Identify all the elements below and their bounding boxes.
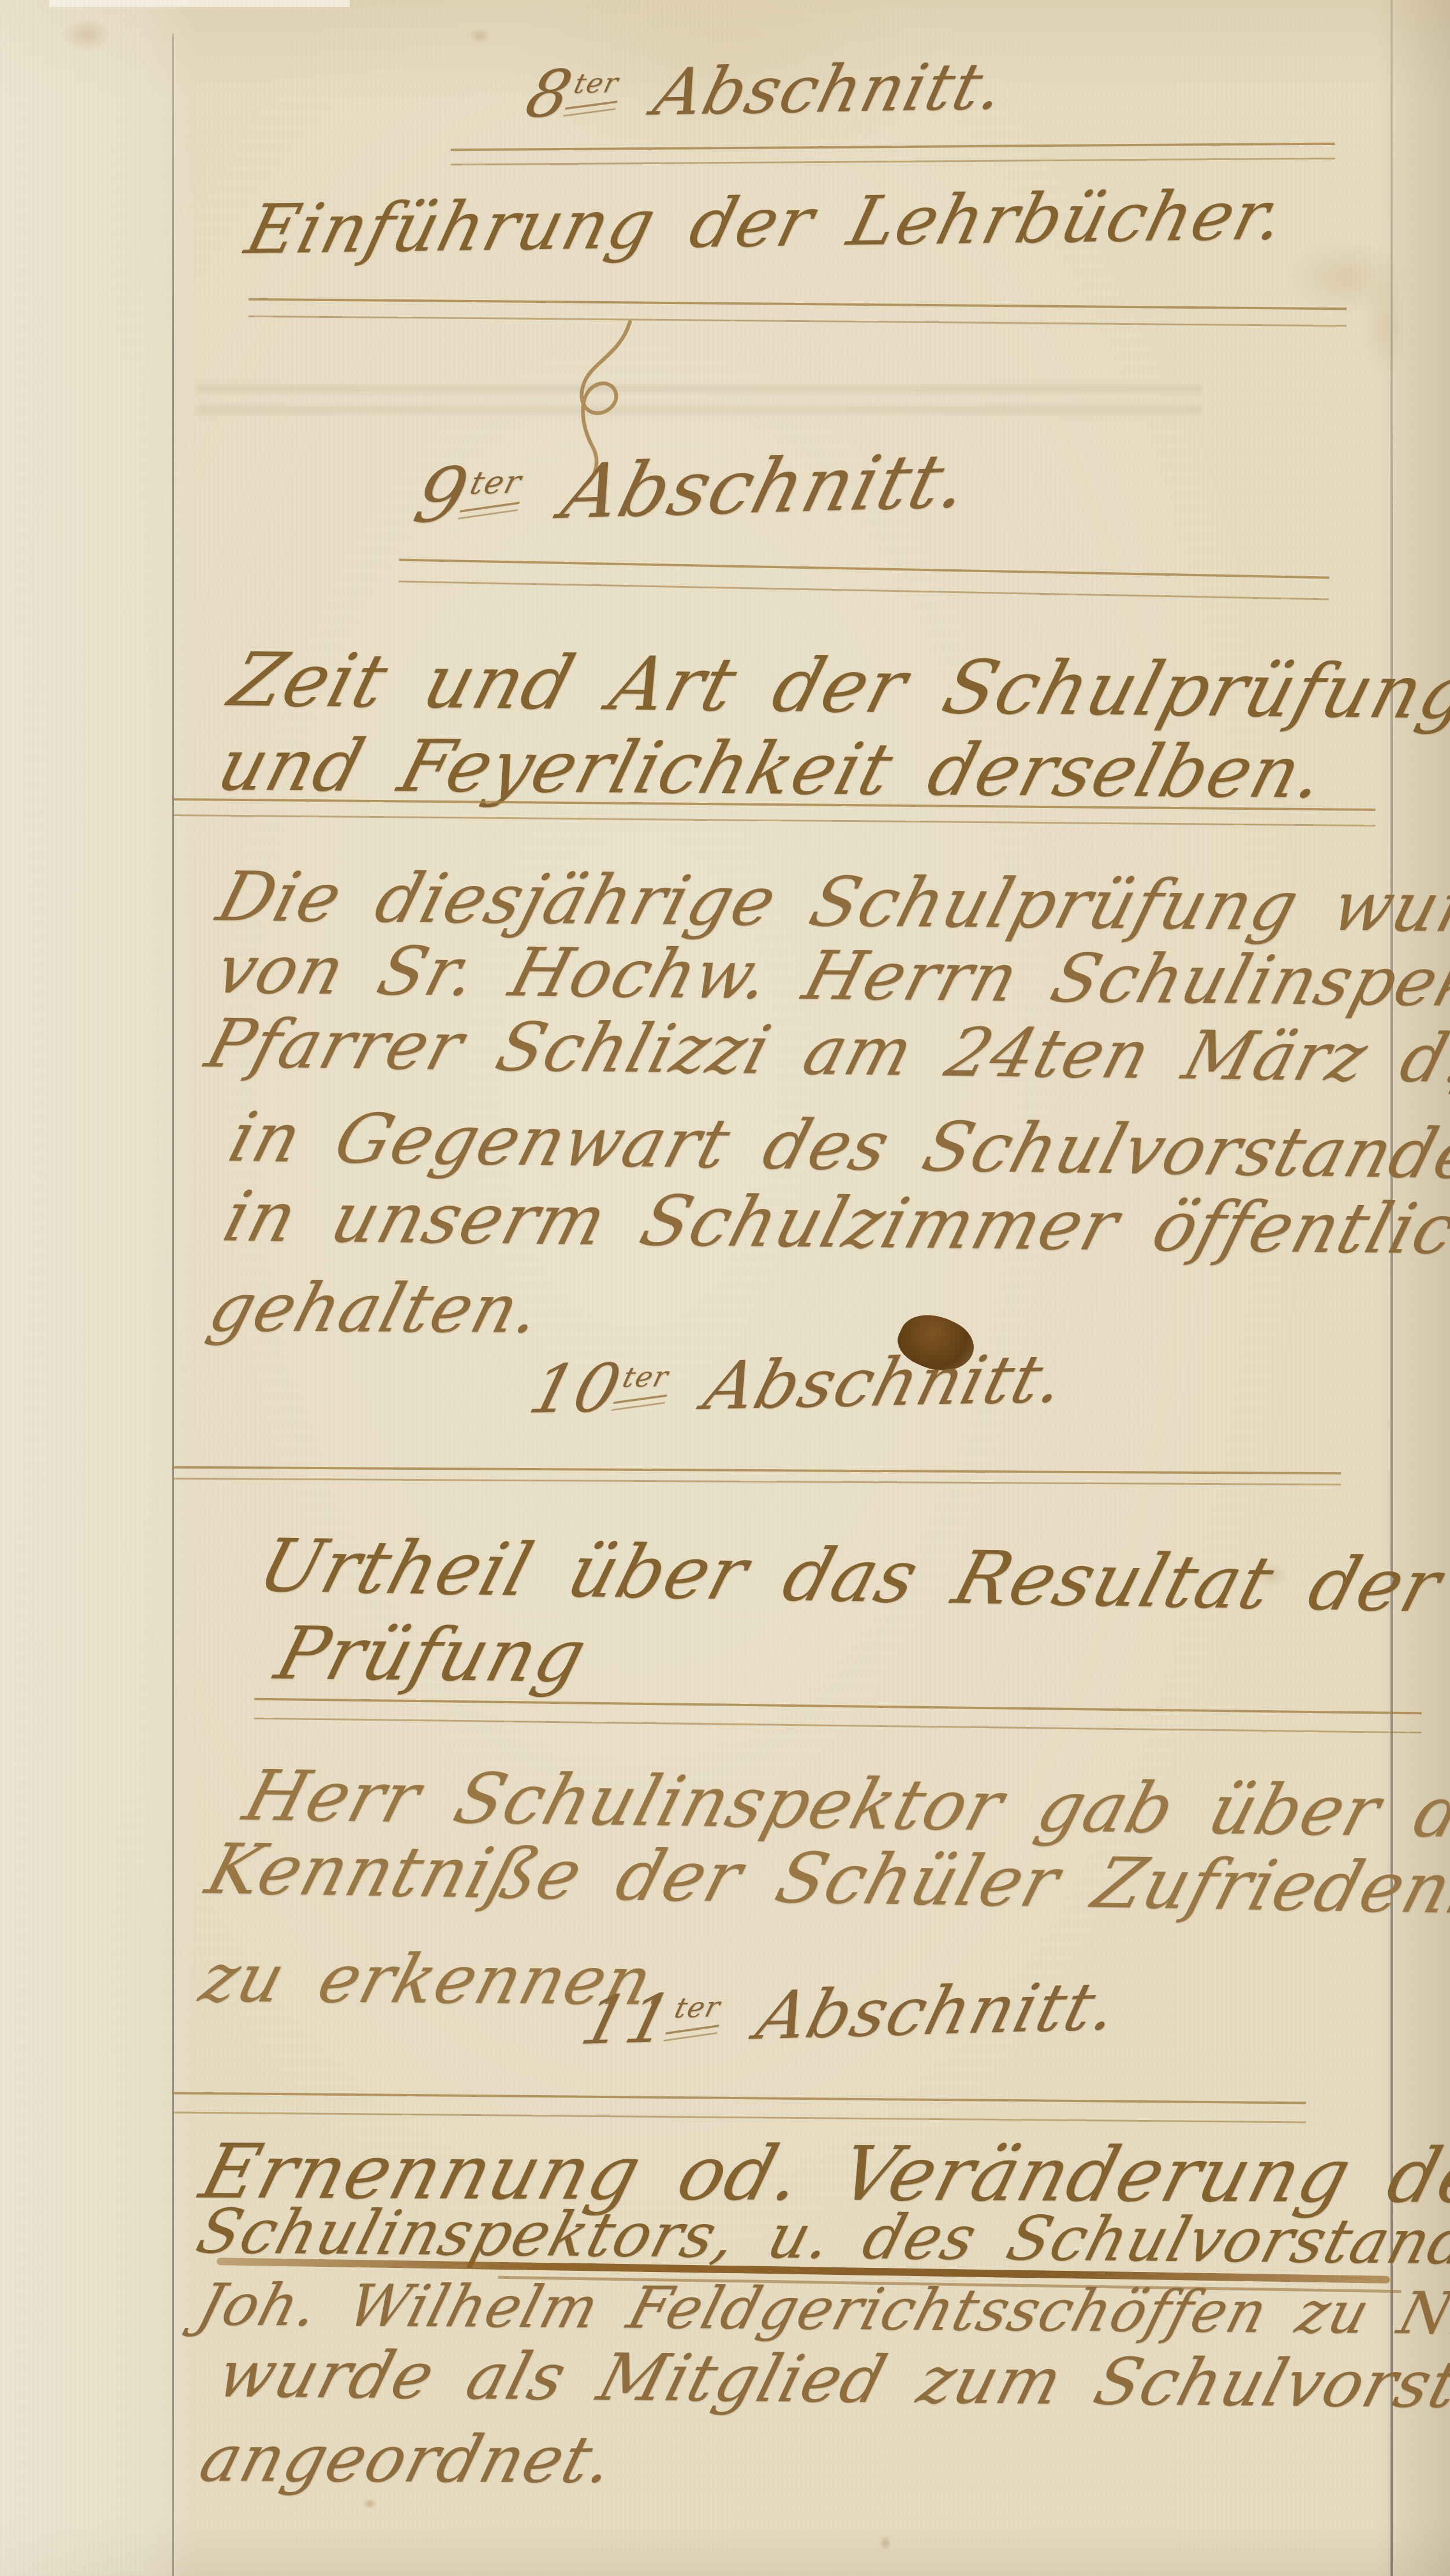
superscript-underline (663, 2025, 718, 2041)
scan-edge-artifact (49, 0, 350, 7)
body-line: in unserm Schulzimmer öffentlich (217, 1183, 1450, 1265)
heading-word: Abschnitt. (647, 49, 1013, 130)
ruled-divider (399, 559, 1329, 601)
body-line: Pfarrer Schlizzi am 24ten März d.J., (199, 1010, 1450, 1094)
heading-number: 9 (406, 451, 478, 540)
section-heading-8: 8ter Abschnitt. (520, 54, 1011, 127)
body-line: von Sr. Hochw. Herrn Schulinspektor (209, 936, 1450, 1018)
ruled-divider (173, 2092, 1306, 2123)
heading-number: 8 (519, 57, 580, 132)
superscript-underline (563, 101, 617, 117)
heading-word: Abschnitt. (554, 437, 979, 536)
section-heading-11: 11ter Abschnitt. (575, 1973, 1125, 2055)
body-line: Joh. Wilhelm Feldgerichtsschöffen zu Nie… (192, 2276, 1450, 2344)
body-line: Kenntniße der Schüler Zufriedenheit (199, 1835, 1450, 1926)
section-title-line: und Feyerlichkeit derselben. (211, 729, 1333, 809)
manuscript-page: 8ter Abschnitt. Einführung der Lehrbüche… (0, 0, 1450, 2576)
section-heading-9: 9ter Abschnitt. (407, 443, 977, 533)
heading-word: Abschnitt. (696, 1340, 1074, 1425)
body-line: wurde als Mitglied zum Schulvorstande (211, 2342, 1450, 2419)
body-line: gehalten. (202, 1274, 549, 1343)
heading-suffix: ter (466, 463, 526, 501)
heading-word: Abschnitt. (749, 1968, 1126, 2055)
section-title-line: Einführung der Lehrbücher. (240, 181, 1293, 264)
heading-suffix: ter (671, 1991, 724, 2025)
section-title-line: Prüfung (269, 1617, 594, 1693)
heading-suffix: ter (570, 67, 622, 99)
margin-line-left (172, 34, 174, 2576)
body-line: Die diesjährige Schulprüfung wurde (211, 862, 1450, 942)
ruled-divider (173, 1466, 1341, 1486)
section-title-line: Urtheil über das Resultat der (251, 1529, 1449, 1623)
superscript-underline (458, 502, 520, 520)
ruled-divider (249, 298, 1347, 327)
heading-suffix: ter (619, 1361, 672, 1394)
superscript-underline (611, 1395, 666, 1411)
ruled-divider (451, 143, 1335, 166)
paper-crease (196, 380, 1202, 421)
section-heading-10: 10ter Abschnitt. (523, 1346, 1073, 1424)
ruled-divider (254, 1698, 1422, 1734)
body-line: angeordnet. (194, 2426, 621, 2492)
heading-number: 10 (522, 1350, 630, 1429)
body-line: in Gegenwart des Schulvorstandes, (222, 1103, 1450, 1189)
section-title-line: Zeit und Art der Schulprüfung (222, 643, 1450, 730)
